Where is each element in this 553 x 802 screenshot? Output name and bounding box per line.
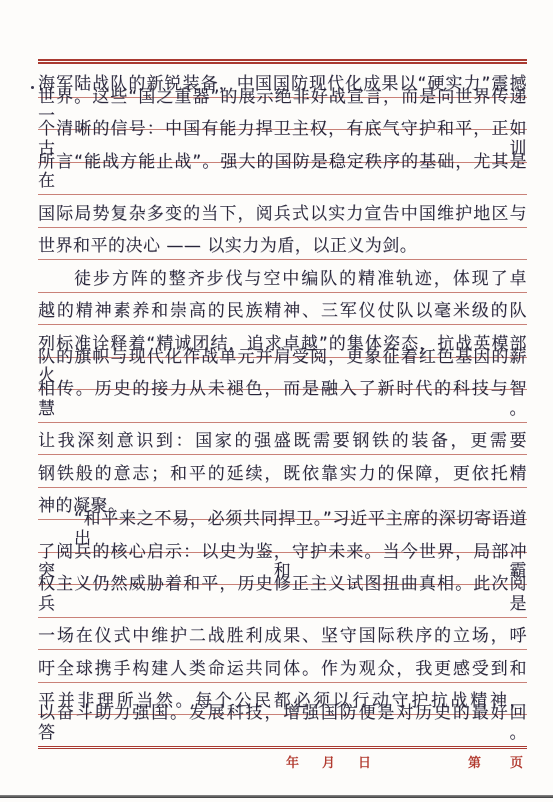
ruled-line: 国际局势复杂多变的当下，阅兵式以实力宣告中国维护地区与 <box>38 195 527 228</box>
ruled-line: 一场在仪式中维护二战胜利成果、坚守国际秩序的立场，呼 <box>38 618 527 651</box>
footer-month-label: 月 <box>322 752 335 771</box>
handwritten-text: 徒步方阵的整齐步伐与空中编队的精准轨迹，体现了卓 <box>38 270 527 292</box>
handwritten-text: 所言“能战方能止战”。强大的国防是稳定秩序的基础，尤其是在 <box>38 153 527 194</box>
stationery-sheet: 海军陆战队的新锐装备，中国国防现代化成果以“硬实力”震撼世界。这些“国之重器”的… <box>0 0 553 802</box>
stationery-footer: 年 月 日 第 页 <box>38 750 527 770</box>
ruled-line: 权主义仍然威胁着和平，历史修正主义试图扭曲真相。此次阅兵是 <box>38 585 527 618</box>
ruled-line: 所言“能战方能止战”。强大的国防是稳定秩序的基础，尤其是在 <box>38 163 527 196</box>
ruled-line: 吁全球携手构建人类命运共同体。作为观众，我更感受到和 <box>38 650 527 683</box>
handwritten-text: 钢铁般的意志；和平的延续，既依靠实力的保障，更依托精 <box>38 465 527 487</box>
handwritten-text: 相传。历史的接力从未褪色，而是融入了新时代的科技与智慧。 <box>38 380 527 421</box>
ruled-line: 相传。历史的接力从未褪色，而是融入了新时代的科技与智慧。 <box>38 390 527 423</box>
footer-page-prefix-label: 第 <box>468 752 481 771</box>
handwritten-text: 世界和平的决心 —— 以实力为盾，以正义为剑。 <box>38 237 527 259</box>
photo-bottom-edge <box>0 795 553 798</box>
handwritten-text: 让我深刻意识到：国家的强盛既需要钢铁的装备，更需要 <box>38 432 527 454</box>
ruled-line: 世界和平的决心 —— 以实力为盾，以正义为剑。 <box>38 228 527 261</box>
lines-container: 海军陆战队的新锐装备，中国国防现代化成果以“硬实力”震撼世界。这些“国之重器”的… <box>38 65 527 749</box>
footer-year-label: 年 <box>286 752 299 771</box>
header-double-rule <box>38 59 527 64</box>
handwritten-text: 一场在仪式中维护二战胜利成果、坚守国际秩序的立场，呼 <box>38 627 527 649</box>
handwritten-text: 以奋斗助力强国。发展科技，增强国防便是对历史的最好回答。 <box>38 704 527 745</box>
ruled-line: 让我深刻意识到：国家的强盛既需要钢铁的装备，更需要 <box>38 423 527 456</box>
handwritten-text: 越的精神素养和崇高的民族精神、三军仪仗队以毫米级的队 <box>38 302 527 324</box>
handwritten-text: 权主义仍然威胁着和平，历史修正主义试图扭曲真相。此次阅兵是 <box>38 575 527 616</box>
ruled-line: 以奋斗助力强国。发展科技，增强国防便是对历史的最好回答。 <box>38 715 527 749</box>
handwritten-text: 国际局势复杂多变的当下，阅兵式以实力宣告中国维护地区与 <box>38 205 527 227</box>
ruled-line: 越的精神素养和崇高的民族精神、三军仪仗队以毫米级的队 <box>38 293 527 326</box>
handwritten-text: 吁全球携手构建人类命运共同体。作为观众，我更感受到和 <box>38 660 527 682</box>
ruled-line: 徒步方阵的整齐步伐与空中编队的精准轨迹，体现了卓 <box>38 260 527 293</box>
footer-day-label: 日 <box>358 752 371 771</box>
stray-ink-dot <box>31 86 34 89</box>
footer-page-suffix-label: 页 <box>510 752 523 771</box>
ruled-line: 钢铁般的意志；和平的延续，既依靠实力的保障，更依托精 <box>38 455 527 488</box>
